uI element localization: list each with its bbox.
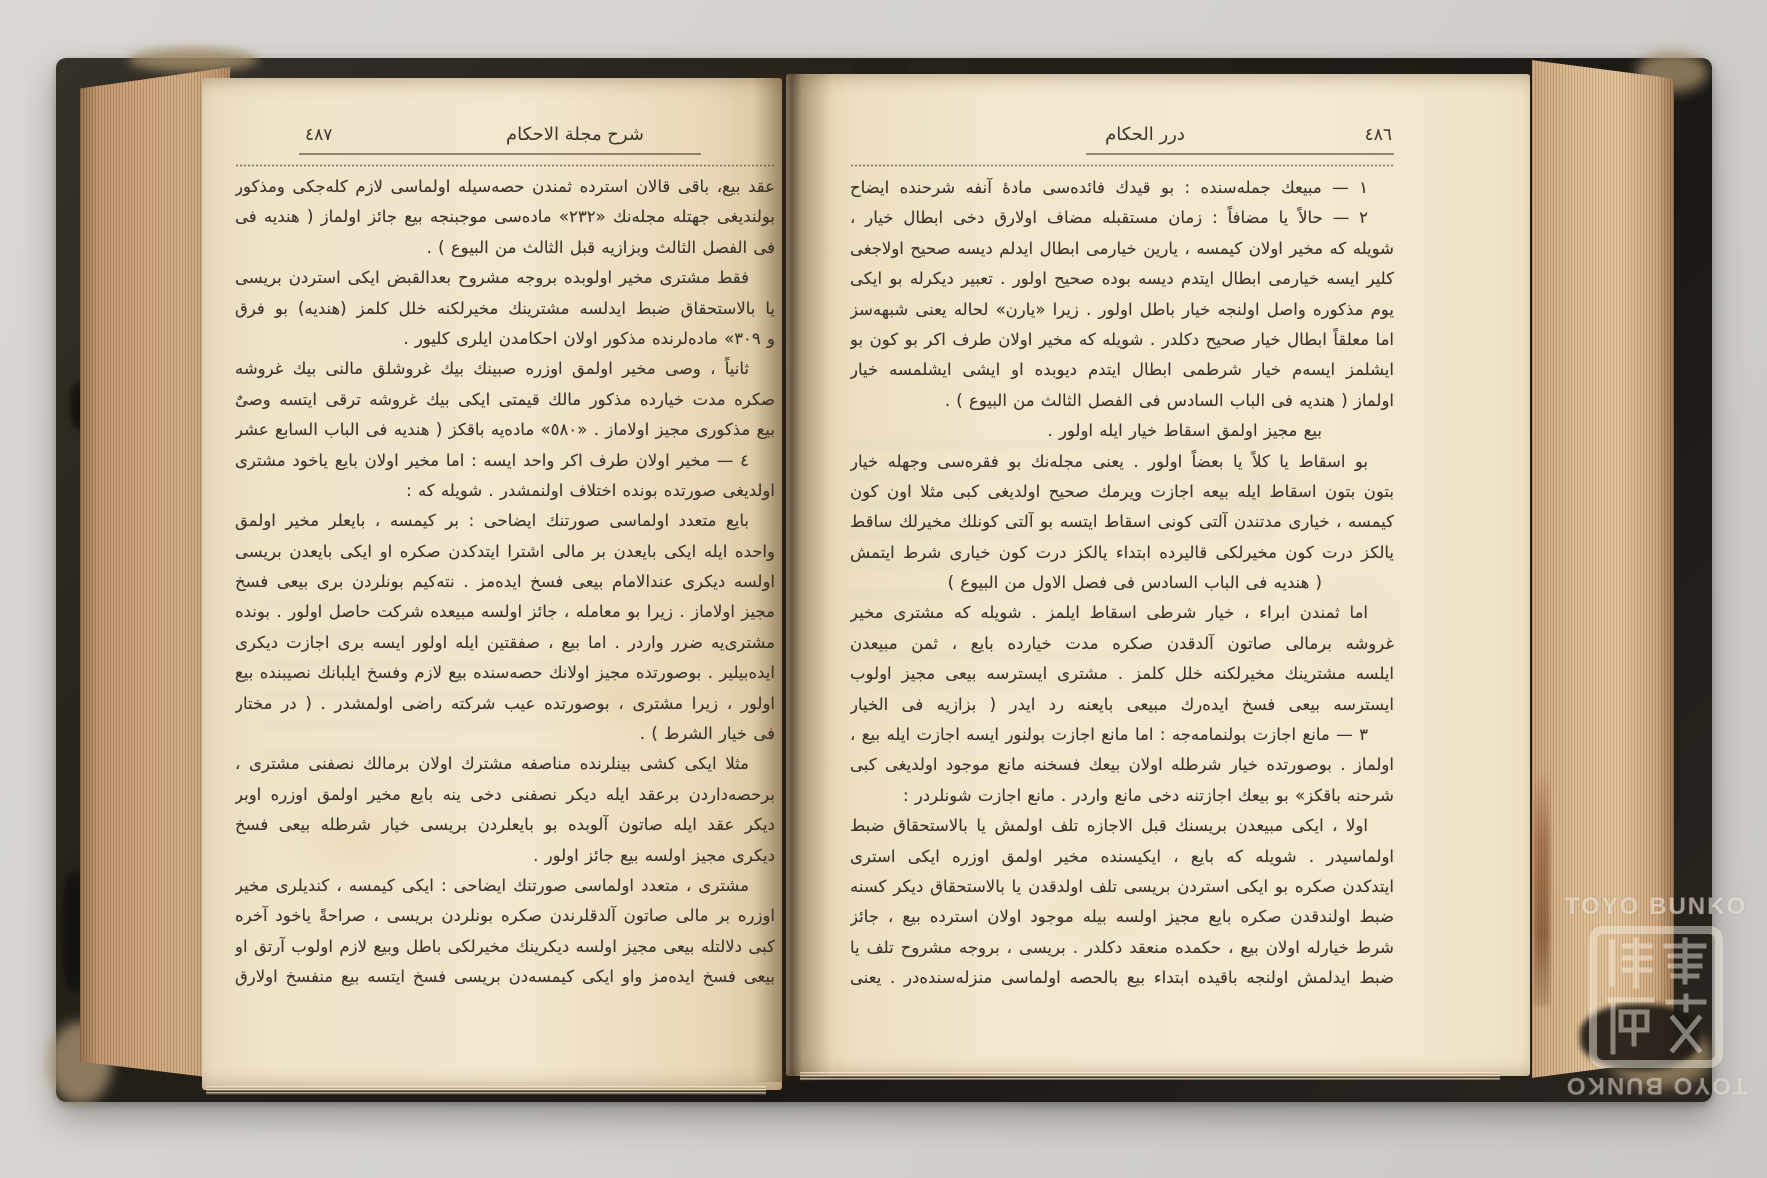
text-line: اولماز ( هنديه فى الباب السادس فى الفصل … (850, 386, 1394, 416)
cover-damage-corner (1580, 1004, 1700, 1070)
text-line: بولنديغى جهتله مجله‌نك «٢٣٢» ماده‌سى موج… (235, 202, 775, 232)
text-line: اما معلقاً ابطال خيار صحيح دكلدر . شويله… (850, 325, 1394, 355)
text-line: بيع مجيز اولمق اسقاط خيار ايله اولور . (850, 416, 1394, 446)
photo-backdrop: ٤٨٧ شرح مجلة الاحكام عقد بيع، باقى قالان… (0, 0, 1767, 1178)
text-line: ٤ — مخير اولان طرف اكر واحد ايسه : اما م… (235, 446, 775, 476)
text-line: بيعى فسخ ايده‌مز واو ايكى كيمسه‌دن بريسى… (235, 962, 775, 992)
right-page-header-title: درر الحكام (873, 124, 1417, 145)
text-line: اولور ، زيرا مشترى ، بوصورتده عيب شركته … (235, 689, 775, 719)
right-page-text-column: ٤٨٦ درر الحكام ١ — مبيعك جمله‌سنده : بو … (850, 74, 1394, 994)
text-line: بو اسقاط يا كلاً يا بعضاً اولور . يعنى م… (850, 447, 1394, 477)
left-page: ٤٨٧ شرح مجلة الاحكام عقد بيع، باقى قالان… (202, 78, 782, 1090)
text-line: صكره مدت خيارده مذكور مالك قيمتى ايكى بي… (235, 385, 775, 415)
text-line: ضبط ايدلمش اولنجه باقيده ابتداء بيع بالح… (850, 963, 1394, 993)
text-line: مجيز اولاماز . زيرا بو معامله ، جائز اول… (235, 597, 775, 627)
text-line: ايسترسه بيعى فسخ ايدەرك مبيعى بايعنه رد … (850, 690, 1394, 720)
header-dotted-rule (235, 164, 775, 167)
text-line: شرحنه باقكز» بو بيعك اجازتنه دخى مانع وا… (850, 781, 1394, 811)
text-line: اوزره بر مالى صاتون آلدقلرندن صكره بونلر… (235, 901, 775, 931)
text-line: واحده ايله ايكى بايعدن بر مالى اشترا ايت… (235, 537, 775, 567)
right-page: ٤٨٦ درر الحكام ١ — مبيعك جمله‌سنده : بو … (786, 74, 1530, 1076)
text-line: اولا ، ايكى مبيعدن بريسنك قبل الاجازه تل… (850, 811, 1394, 841)
text-line: يوم مذكوره واصل اولنجه خيار باطل اولور .… (850, 295, 1394, 325)
text-line: ٣ — مانع اجازت بولنمامه‌جه : اما مانع اج… (850, 720, 1394, 750)
text-line: يالكز درت كون مخيرلكى قاليرده ابتداء يال… (850, 538, 1394, 568)
text-line: ديكرى مجيز اولسه بيع جائز اولور . (235, 841, 775, 871)
text-line: ٢ — حالاً يا مضافاً : زمان مستقبله مضاف … (850, 203, 1394, 233)
text-line: فى الفصل الثالث وبزازيه قبل الثالث من ال… (235, 233, 775, 263)
text-line: ثانياً ، وصى مخير اولمق اوزره صبينك بيك … (235, 354, 775, 384)
text-line: فقط مشترى مخير اولوبده بروجه مشروح بعدال… (235, 263, 775, 293)
text-line: ديكر عقد ايله صاتون آلوبده بو بايعلردن ب… (235, 810, 775, 840)
cover-wear-top-left (128, 48, 258, 72)
text-line: شويله كه مخير اولان كيمسه ، يارين خيارمى… (850, 234, 1394, 264)
text-line: بايع متعدد اولماسى صورتنك ايضاحى : بر كي… (235, 506, 775, 536)
text-line: اولسه ديكرى عندالامام بيعى فسخ ايده‌مز .… (235, 567, 775, 597)
text-line: ( هنديه فى الباب السادس فى فصل الاول من … (850, 568, 1394, 598)
text-line: مشترى‌يه ضرر واردر . اما بيع ، صفقتين اي… (235, 628, 775, 658)
text-line: و ٣٠٩» ماده‌لرنده مذكور اولان احكامدن اي… (235, 324, 775, 354)
text-line: اولماسيدر . شويله كه بايع ، ايكيسنده مخي… (850, 842, 1394, 872)
text-line: بتون بتون اسقاط ايله بيعه اجازت ويرمك صح… (850, 477, 1394, 507)
header-dotted-rule (850, 164, 1394, 167)
text-line: اما ثمندن ابراء ، خيار شرطى اسقاط ايلمز … (850, 598, 1394, 628)
text-line: مشترى ، متعدد اولماسى صورتنك ايضاحى : اي… (235, 871, 775, 901)
left-page-header: ٤٨٧ شرح مجلة الاحكام (235, 124, 775, 152)
text-line: ايتدكدن صكره بو ايكى استردن بريسى تلف او… (850, 872, 1394, 902)
right-page-header: ٤٨٦ درر الحكام (850, 124, 1394, 152)
text-line: ايلسه مشترينك مخيرلكنه خلل كلمز . مشترى … (850, 659, 1394, 689)
text-line: مثلا ايكى كشى بينلرنده مناصفه مشترك اولا… (235, 749, 775, 779)
text-line: ايده‌بيلير . بوصورتده مجيز اولانك حصه‌سن… (235, 658, 775, 688)
cover-damage-streak (1534, 768, 1550, 1006)
text-line: غروشه برمالى صاتون آلدقدن صكره مدت خيارد… (850, 629, 1394, 659)
left-page-body: عقد بيع، باقى قالان استرده ثمندن حصه‌سيل… (235, 172, 775, 993)
header-rule (1086, 153, 1394, 155)
right-page-body: ١ — مبيعك جمله‌سنده : بو قيدك فائده‌سى م… (850, 173, 1394, 994)
text-line: اولديغى صورتده بونده اختلاف اولنمشدر . ش… (235, 476, 775, 506)
text-line: اولماز . بوصورتده خيار شرطله اولان بيعك … (850, 750, 1394, 780)
right-page-fore-edge (1532, 56, 1674, 1082)
text-line: ايشلمز ايسه‌م خيار شرطمى ابطال ايتدم ديو… (850, 355, 1394, 385)
text-line: ١ — مبيعك جمله‌سنده : بو قيدك فائده‌سى م… (850, 173, 1394, 203)
text-line: كيمسه ، خيارى مدتندن آلتى كونى اسقاط ايت… (850, 507, 1394, 537)
left-page-text-column: ٤٨٧ شرح مجلة الاحكام عقد بيع، باقى قالان… (235, 78, 775, 993)
header-rule (299, 153, 701, 155)
text-line: برحصه‌داردن برعقد ايله ديكر نصفنى دخى ين… (235, 780, 775, 810)
text-line: فى خيار الشرط ) . (235, 719, 775, 749)
text-line: يا بالاستحقاق ضبط ايدلسه مشترينك مخيرلكن… (235, 294, 775, 324)
text-line: شرط خيارله اولان بيع ، حكمده منعقد دكلدر… (850, 933, 1394, 963)
text-line: كبى دلالتله بيعى مجيز اولسه ديكرينك مخير… (235, 932, 775, 962)
text-line: ضبط اولندقدن صكره بايع مجيز اولسه بيله م… (850, 902, 1394, 932)
text-line: كلير ايسه خيارمى ابطال ايتدم ديسه بوده ص… (850, 264, 1394, 294)
left-page-header-title: شرح مجلة الاحكام (305, 124, 845, 145)
text-line: عقد بيع، باقى قالان استرده ثمندن حصه‌سيل… (235, 172, 775, 202)
text-line: بيع مذكورى مجيز اولاماز . «٥٨٠» ماده‌يه … (235, 415, 775, 445)
